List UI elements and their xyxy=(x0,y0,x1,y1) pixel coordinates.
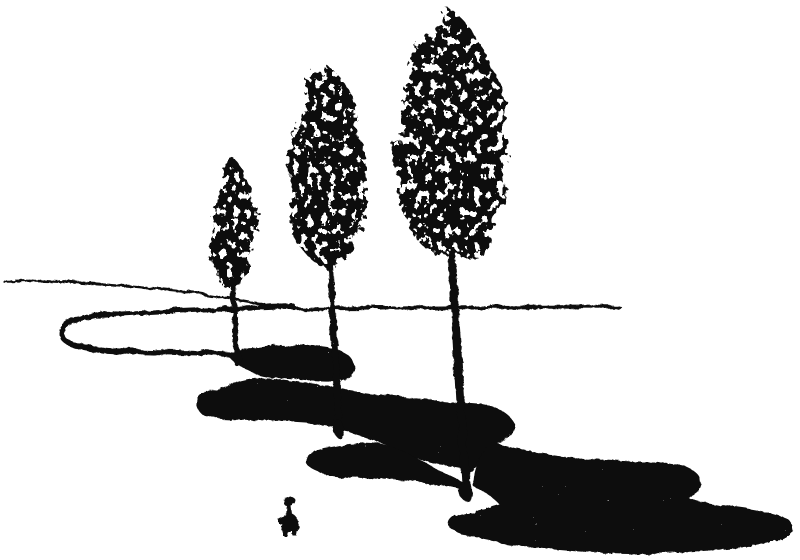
ink-vignette: ink silhouette vignette xyxy=(0,0,800,560)
trunk-medium-drip-tip xyxy=(334,420,345,437)
vignette-canvas: ink silhouette vignette xyxy=(0,0,800,560)
horizon-line xyxy=(278,307,619,309)
trunk-small-drip-tip xyxy=(232,348,241,365)
trunk-large-drip-tip xyxy=(459,481,472,500)
